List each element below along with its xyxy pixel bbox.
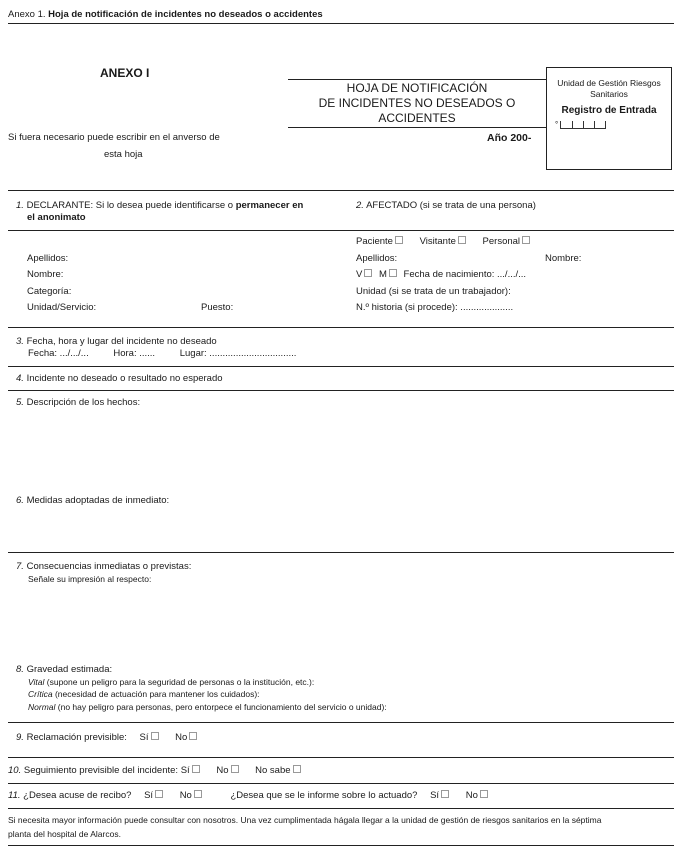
registry-title: Registro de Entrada bbox=[547, 105, 671, 116]
section-number: 11. bbox=[8, 790, 21, 801]
checkbox-receipt-no[interactable] bbox=[194, 790, 202, 798]
declarant-unit-field[interactable]: Unidad/Servicio: bbox=[27, 302, 96, 314]
section-number: 2. bbox=[356, 200, 364, 211]
yes-label: Sí bbox=[140, 732, 149, 743]
yes-label: Sí bbox=[181, 765, 190, 776]
checkbox-inform-yes[interactable] bbox=[441, 790, 449, 798]
checkbox-sex-m[interactable] bbox=[389, 269, 397, 277]
divider bbox=[8, 366, 674, 367]
type-label-visitor: Visitante bbox=[420, 236, 456, 247]
title-rule-bottom bbox=[288, 127, 546, 128]
section-1-title: 1. DECLARANTE: Si lo desea puede identif… bbox=[16, 200, 303, 212]
checkbox-claim-no[interactable] bbox=[189, 732, 197, 740]
section-label: Reclamación previsible: bbox=[27, 732, 127, 743]
header-divider bbox=[8, 23, 674, 24]
section-7-sublabel: Señale su impresión al respecto: bbox=[28, 574, 151, 585]
form-title-line: ACCIDENTES bbox=[288, 111, 546, 126]
divider bbox=[8, 808, 674, 809]
divider bbox=[8, 327, 674, 328]
no-label: No bbox=[216, 765, 228, 776]
severity-name: Vital bbox=[28, 677, 44, 687]
divider bbox=[8, 757, 674, 758]
checkbox-receipt-yes[interactable] bbox=[155, 790, 163, 798]
form-title-line: DE INCIDENTES NO DESEADOS O bbox=[288, 96, 546, 111]
header-prefix: Anexo 1. bbox=[8, 9, 46, 20]
section-label: Consecuencias inmediatas o previstas: bbox=[27, 561, 192, 572]
divider bbox=[8, 190, 674, 191]
section-6-measures-area[interactable]: 6. Medidas adoptadas de inmediato: bbox=[16, 495, 666, 550]
divider bbox=[8, 552, 674, 553]
form-title-line: HOJA DE NOTIFICACIÓN bbox=[288, 81, 546, 96]
severity-critical[interactable]: Crítica (necesidad de actuación para man… bbox=[28, 689, 260, 700]
dunno-label: No sabe bbox=[255, 765, 290, 776]
incident-place-field[interactable]: Lugar: ................................. bbox=[180, 348, 297, 359]
birth-date-field[interactable]: Fecha de nacimiento: .../.../... bbox=[404, 269, 527, 280]
declarant-position-field[interactable]: Puesto: bbox=[201, 302, 233, 314]
yes-label: Sí bbox=[430, 790, 439, 801]
checkbox-sex-v[interactable] bbox=[364, 269, 372, 277]
section-11-row: 11. ¿Desea acuse de recibo? Sí No ¿Desea… bbox=[8, 790, 492, 802]
section-number: 10. bbox=[8, 765, 21, 776]
form-title: HOJA DE NOTIFICACIÓN DE INCIDENTES NO DE… bbox=[288, 81, 546, 126]
section-label: Seguimiento previsible del incidente: bbox=[24, 765, 178, 776]
divider bbox=[8, 722, 674, 723]
affected-surname-field[interactable]: Apellidos: bbox=[356, 253, 397, 265]
section-4-title[interactable]: 4. Incidente no deseado o resultado no e… bbox=[16, 373, 223, 385]
checkbox-staff[interactable] bbox=[522, 236, 530, 244]
registry-unit: Unidad de Gestión Riesgos Sanitarios bbox=[547, 78, 671, 100]
section-9-row: 9. Reclamación previsible: Sí No bbox=[16, 732, 201, 744]
document-header: Anexo 1. Hoja de notificación de inciden… bbox=[8, 9, 323, 21]
divider bbox=[8, 230, 674, 231]
year-label: Año 200- bbox=[487, 132, 531, 144]
type-label-patient: Paciente bbox=[356, 236, 393, 247]
registry-box: Unidad de Gestión Riesgos Sanitarios Reg… bbox=[546, 67, 672, 170]
section-1-title-line2: el anonimato bbox=[27, 212, 86, 224]
footer-line-1: Si necesita mayor información puede cons… bbox=[8, 815, 601, 826]
declarant-name-field[interactable]: Nombre: bbox=[27, 269, 63, 281]
section-label: Incidente no deseado o resultado no espe… bbox=[27, 373, 223, 384]
section-number: 8. bbox=[16, 664, 24, 675]
footer-divider bbox=[8, 845, 674, 846]
severity-desc: (supone un peligro para la seguridad de … bbox=[47, 677, 314, 687]
type-label-staff: Personal bbox=[483, 236, 521, 247]
affected-unit-field[interactable]: Unidad (si se trata de un trabajador): bbox=[356, 286, 511, 298]
section-label: Medidas adoptadas de inmediato: bbox=[27, 495, 170, 506]
incident-time-field[interactable]: Hora: ...... bbox=[113, 348, 155, 359]
section-number: 5. bbox=[16, 397, 24, 408]
affected-sex-birth-row: V M Fecha de nacimiento: .../.../... bbox=[356, 269, 526, 281]
section-label: Fecha, hora y lugar del incidente no des… bbox=[27, 336, 217, 347]
checkbox-followup-dunno[interactable] bbox=[293, 765, 301, 773]
header-title: Hoja de notificación de incidentes no de… bbox=[48, 9, 323, 20]
severity-normal[interactable]: Normal (no hay peligro para personas, pe… bbox=[28, 702, 387, 713]
section-label: DECLARANTE: Si lo desea puede identifica… bbox=[27, 200, 233, 211]
checkbox-patient[interactable] bbox=[395, 236, 403, 244]
checkbox-visitor[interactable] bbox=[458, 236, 466, 244]
annex-label: ANEXO I bbox=[100, 66, 149, 80]
section-3-title: 3. Fecha, hora y lugar del incidente no … bbox=[16, 336, 217, 348]
yes-label: Sí bbox=[144, 790, 153, 801]
section-label: AFECTADO (si se trata de una persona) bbox=[366, 200, 536, 211]
checkbox-claim-yes[interactable] bbox=[151, 732, 159, 740]
note-line-1: Si fuera necesario puede escribir en el … bbox=[8, 132, 220, 144]
no-label: No bbox=[180, 790, 192, 801]
section-number: 3. bbox=[16, 336, 24, 347]
section-label: ¿Desea acuse de recibo? bbox=[23, 790, 131, 801]
declarant-surname-field[interactable]: Apellidos: bbox=[27, 253, 68, 265]
section-number: 4. bbox=[16, 373, 24, 384]
no-label: No bbox=[175, 732, 187, 743]
registry-number[interactable]: ° bbox=[555, 120, 671, 129]
title-rule-top bbox=[288, 79, 546, 80]
registry-unit-line: Sanitarios bbox=[547, 89, 671, 100]
severity-desc: (necesidad de actuación para mantener lo… bbox=[55, 689, 260, 699]
section-8-title: 8. Gravedad estimada: bbox=[16, 664, 112, 676]
section-label-bold: permanecer en bbox=[236, 200, 304, 211]
section-2-title: 2. AFECTADO (si se trata de una persona) bbox=[356, 200, 536, 212]
sex-label-m: M bbox=[379, 269, 387, 280]
severity-name: Normal bbox=[28, 702, 55, 712]
severity-name: Crítica bbox=[28, 689, 53, 699]
registry-unit-line: Unidad de Gestión Riesgos bbox=[547, 78, 671, 89]
severity-desc: (no hay peligro para personas, pero ento… bbox=[58, 702, 387, 712]
section-number: 6. bbox=[16, 495, 24, 506]
section-number: 9. bbox=[16, 732, 24, 743]
section-label: Gravedad estimada: bbox=[27, 664, 113, 675]
section-5-description-area[interactable]: 5. Descripción de los hechos: bbox=[16, 397, 666, 487]
registry-number-prefix: ° bbox=[555, 120, 558, 129]
footer-line-2: planta del hospital de Alarcos. bbox=[8, 829, 121, 840]
medical-history-field[interactable]: N.º historia (si procede): .............… bbox=[356, 302, 513, 314]
section-label: Descripción de los hechos: bbox=[27, 397, 141, 408]
checkbox-inform-no[interactable] bbox=[480, 790, 488, 798]
checkbox-followup-yes[interactable] bbox=[192, 765, 200, 773]
sex-label-v: V bbox=[356, 269, 362, 280]
affected-type-row: Paciente Visitante Personal bbox=[356, 236, 534, 248]
incident-datetime-row: Fecha: .../.../... Hora: ...... Lugar: .… bbox=[28, 348, 296, 360]
incident-date-field[interactable]: Fecha: .../.../... bbox=[28, 348, 89, 359]
affected-name-field[interactable]: Nombre: bbox=[545, 253, 581, 265]
severity-vital[interactable]: Vital (supone un peligro para la segurid… bbox=[28, 677, 314, 688]
section-number: 7. bbox=[16, 561, 24, 572]
checkbox-followup-no[interactable] bbox=[231, 765, 239, 773]
section-number: 1. bbox=[16, 200, 24, 211]
declarant-category-field[interactable]: Categoría: bbox=[27, 286, 71, 298]
note-line-2: esta hoja bbox=[104, 149, 143, 161]
registry-number-cells[interactable] bbox=[560, 121, 606, 129]
section-label-2: ¿Desea que se le informe sobre lo actuad… bbox=[230, 790, 417, 801]
no-label: No bbox=[466, 790, 478, 801]
section-10-row: 10. Seguimiento previsible del incidente… bbox=[8, 765, 305, 777]
divider bbox=[8, 390, 674, 391]
divider bbox=[8, 783, 674, 784]
